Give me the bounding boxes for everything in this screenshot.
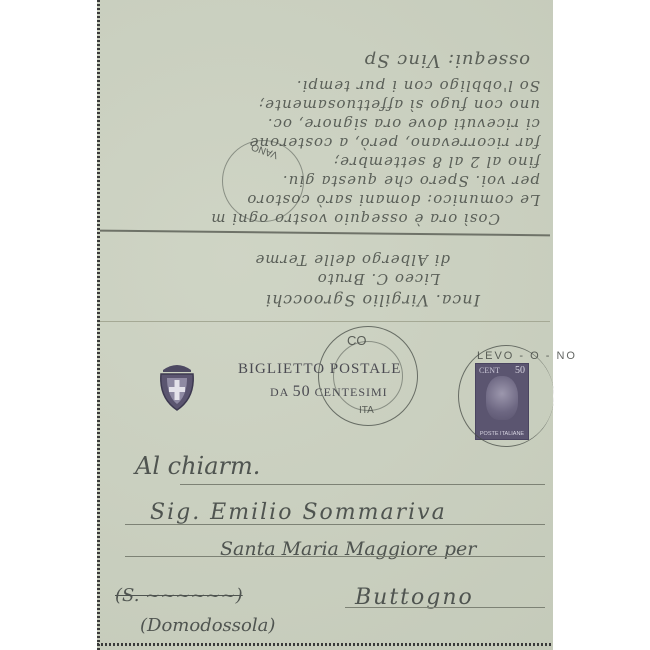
- address-rule: [125, 556, 545, 557]
- sender-line: di Albergo delle Terme: [120, 250, 480, 269]
- message-line: uno con fugo sì affettuosamente;: [120, 95, 540, 114]
- sender-block: Inca. Virgilio Sgroocchi Liceo C. Bruto …: [120, 240, 540, 320]
- message-line: Così ora è ossequio vostro ogni m: [120, 209, 540, 228]
- sender-line: Liceo C. Bruto: [120, 269, 480, 288]
- postmark-center: CO ITA: [318, 326, 418, 426]
- sender-line: Inca. Virgilio Sgroocchi: [120, 288, 480, 312]
- message-line: per voi. Spero che questa giu.: [120, 171, 540, 190]
- postmark-right: LEVO - O - NO: [458, 345, 554, 447]
- perforation-left: [97, 0, 100, 650]
- message-line: So l'obbligo con i pur tempi.: [120, 76, 540, 95]
- perforation-bottom: [97, 643, 553, 646]
- postmark-message: VANO: [222, 140, 304, 222]
- message-line: far ricorrevano, però, a costerone: [120, 133, 540, 152]
- address-recipient: Sig. Emilio Sommariva: [150, 500, 447, 525]
- message-line: ci ricevuti dove ora signore, oc.: [120, 114, 540, 133]
- address-crossed: (S. ~~~~~~): [115, 585, 243, 606]
- address-rule: [125, 524, 545, 525]
- address-province: (Domodossola): [140, 615, 275, 636]
- address-rule: [180, 484, 545, 485]
- message-line: fino al 2 al 8 settembre;: [120, 152, 540, 171]
- address-rule: [345, 607, 545, 608]
- message-text-block: Così ora è ossequio vostro ogni m Le com…: [120, 2, 540, 234]
- message-line: Le comunico: domani sarò costoro: [120, 190, 540, 209]
- section-divider: [100, 321, 550, 322]
- message-line: ossequi: Vinc Sp: [120, 51, 540, 70]
- address-salutation: Al chiarm.: [135, 452, 260, 480]
- savoy-coat-of-arms-icon: [155, 360, 199, 414]
